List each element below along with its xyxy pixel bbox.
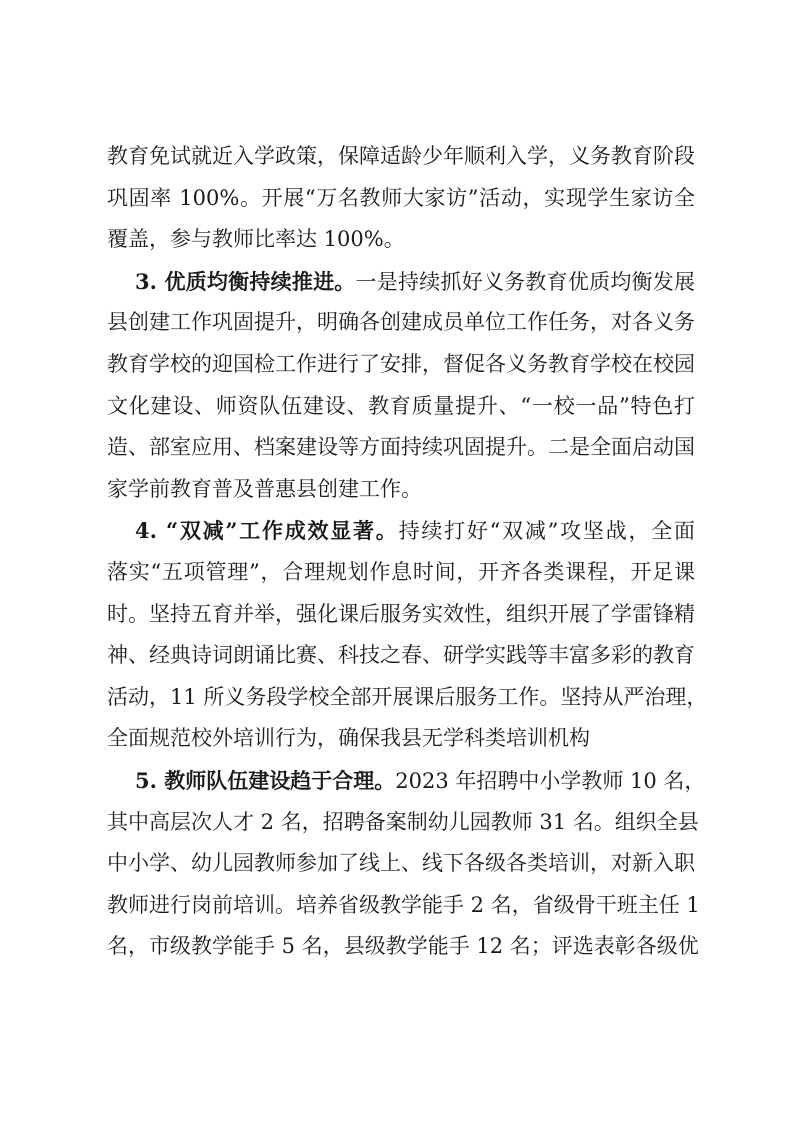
text-line: 巩固率 100%。开展“万名教师大家访”活动，实现学生家访全 <box>107 178 695 220</box>
text-line: 教育学校的迎国检工作进行了安排，督促各义务教育学校在校园 <box>107 344 695 386</box>
text-line: 落实“五项管理”，合理规划作息时间，开齐各类课程，开足课 <box>107 552 695 594</box>
text-line: 全面规范校外培训行为，确保我县无学科类培训机构 <box>107 718 695 760</box>
text-line: 名，市级教学能手 5 名，县级教学能手 12 名；评选表彰各级优 <box>107 926 695 968</box>
text-line: 县创建工作巩固提升，明确各创建成员单位工作任务，对各义务 <box>107 302 695 344</box>
text-line: 活动，11 所义务段学校全部开展课后服务工作。坚持从严治理， <box>107 677 695 719</box>
text-line: 5. 教师队伍建设趋于合理。2023 年招聘中小学教师 10 名， <box>107 760 695 802</box>
text-run: 一是持续抓好义务教育优质均衡发展 <box>356 270 695 294</box>
text-line: 中小学、幼儿园教师参加了线上、线下各级各类培训，对新入职 <box>107 843 695 885</box>
text-line: 教师进行岗前培训。培养省级教学能手 2 名，省级骨干班主任 1 <box>107 885 695 927</box>
text-line: 3. 优质均衡持续推进。一是持续抓好义务教育优质均衡发展 <box>107 261 695 303</box>
text-line: 4. “双减”工作成效显著。持续打好“双减”攻坚战，全面 <box>107 510 695 552</box>
paragraph-section-3: 3. 优质均衡持续推进。一是持续抓好义务教育优质均衡发展 县创建工作巩固提升，明… <box>107 261 695 511</box>
text-line: 文化建设、师资队伍建设、教育质量提升、“一校一品”特色打 <box>107 386 695 428</box>
section-heading: 5. 教师队伍建设趋于合理。 <box>135 768 395 793</box>
section-heading: 3. 优质均衡持续推进。 <box>135 269 356 294</box>
section-heading: 4. “双减”工作成效显著。 <box>135 518 399 543</box>
paragraph-continuation: 教育免试就近入学政策，保障适龄少年顺利入学，义务教育阶段 巩固率 100%。开展… <box>107 136 695 261</box>
text-line: 教育免试就近入学政策，保障适龄少年顺利入学，义务教育阶段 <box>107 136 695 178</box>
text-run: 持续打好“双减”攻坚战，全面 <box>399 519 695 543</box>
text-line: 造、部室应用、档案建设等方面持续巩固提升。二是全面启动国 <box>107 427 695 469</box>
paragraph-section-5: 5. 教师队伍建设趋于合理。2023 年招聘中小学教师 10 名， 其中高层次人… <box>107 760 695 968</box>
paragraph-section-4: 4. “双减”工作成效显著。持续打好“双减”攻坚战，全面 落实“五项管理”，合理… <box>107 510 695 760</box>
text-line: 家学前教育普及普惠县创建工作。 <box>107 469 695 511</box>
document-page: 教育免试就近入学政策，保障适龄少年顺利入学，义务教育阶段 巩固率 100%。开展… <box>107 136 695 968</box>
text-line: 其中高层次人才 2 名，招聘备案制幼儿园教师 31 名。组织全县 <box>107 802 695 844</box>
text-line: 覆盖，参与教师比率达 100%。 <box>107 219 695 261</box>
text-run: 2023 年招聘中小学教师 10 名， <box>395 769 705 793</box>
text-line: 神、经典诗词朗诵比赛、科技之春、研学实践等丰富多彩的教育 <box>107 635 695 677</box>
text-line: 时。坚持五育并举，强化课后服务实效性，组织开展了学雷锋精 <box>107 594 695 636</box>
